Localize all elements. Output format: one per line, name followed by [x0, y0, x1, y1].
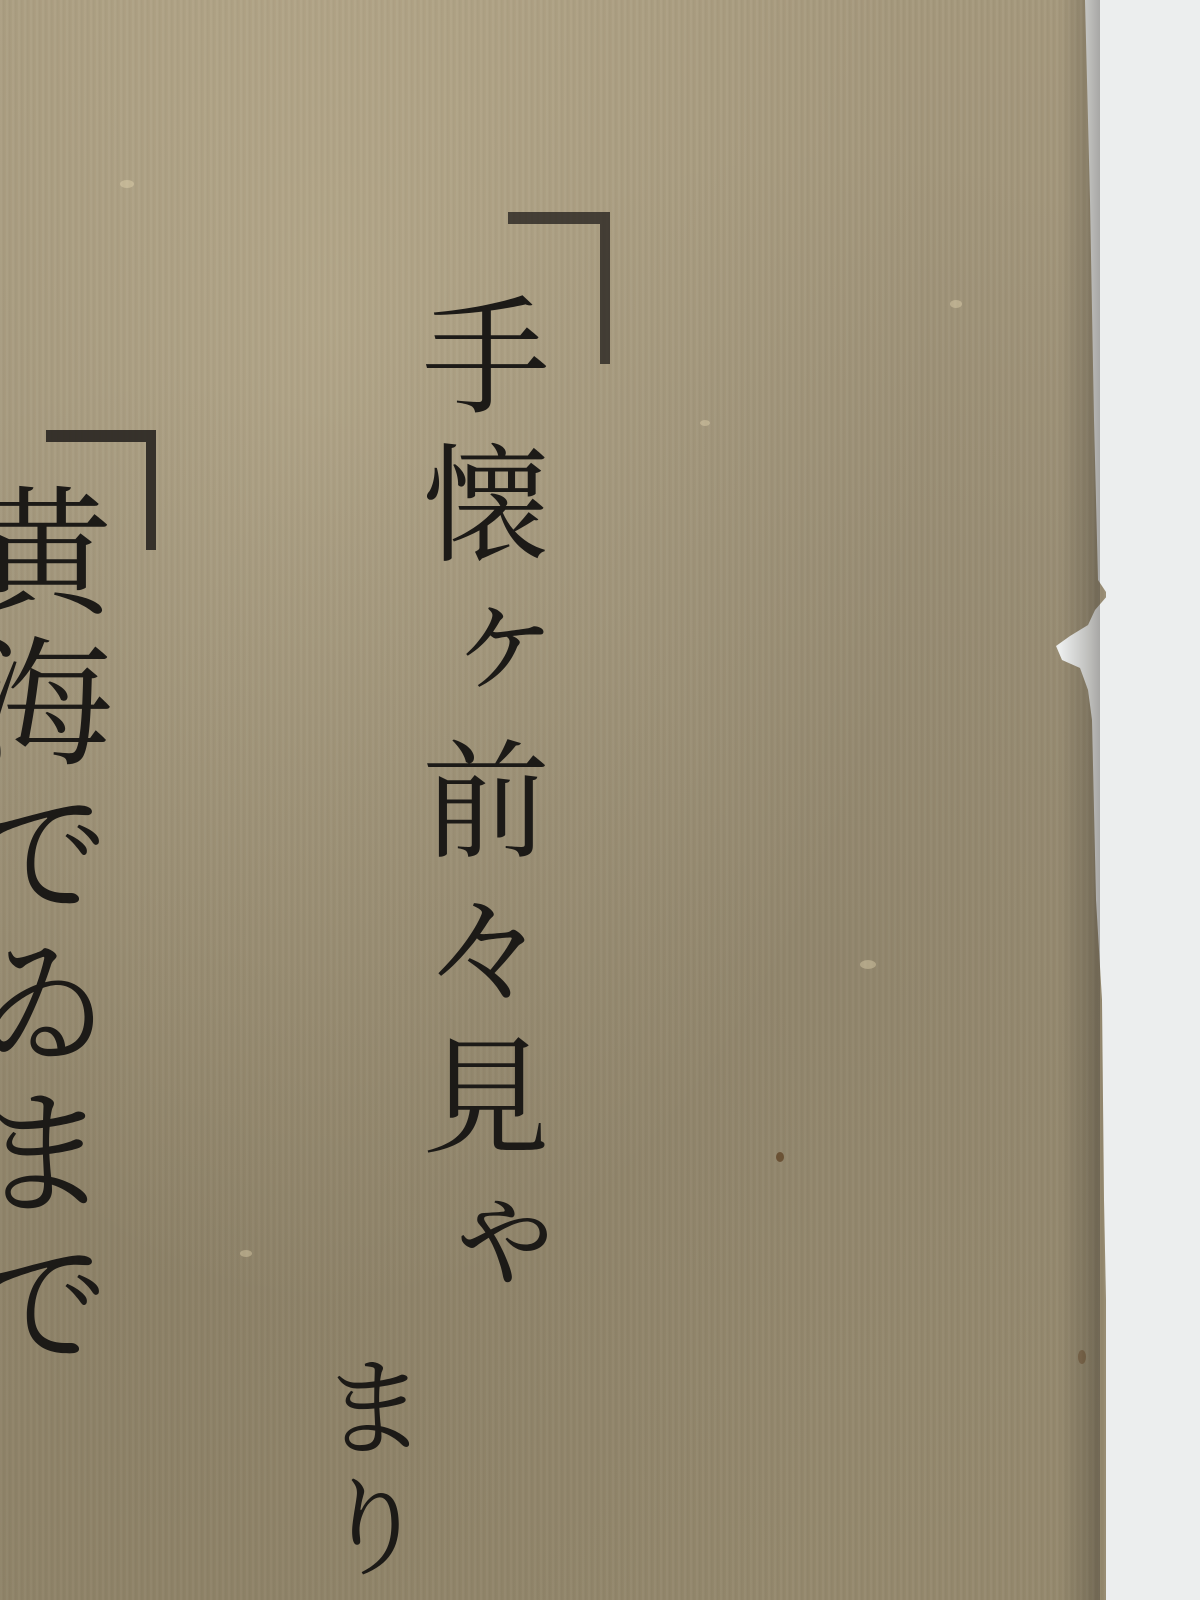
- paper-speckle: [950, 300, 962, 308]
- paper-speckle: [240, 1250, 252, 1257]
- manuscript-column-right: 手懐ヶ前々見ゃ: [410, 290, 538, 1326]
- paper-speckle: [700, 420, 710, 426]
- photo-scene: 手懐ヶ前々見ゃ まり 黄海でゐまで: [0, 0, 1200, 1600]
- paper-speckle: [120, 180, 134, 188]
- ink-stain-dot: [1078, 1350, 1086, 1364]
- manuscript-annotation-small: まり: [310, 1350, 420, 1590]
- ink-stain-dot: [776, 1152, 784, 1162]
- paper-speckle: [860, 960, 876, 969]
- manuscript-column-left: 黄海でゐまで: [0, 480, 100, 1380]
